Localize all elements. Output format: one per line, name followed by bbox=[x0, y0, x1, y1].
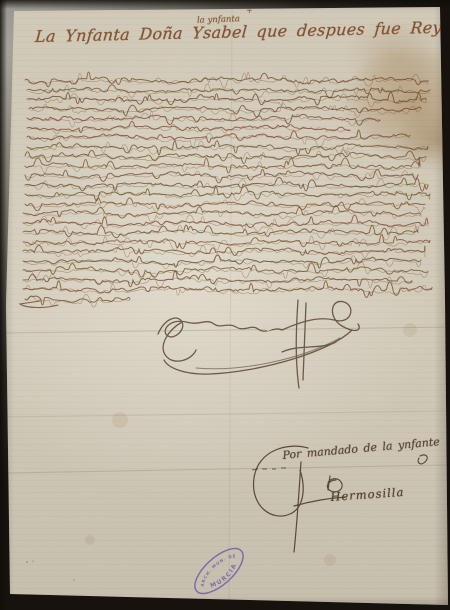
scanned-document: ARCH. MUN. DE MURCIA + la ynfanta La Ynf… bbox=[0, 0, 450, 610]
manuscript-artwork: ARCH. MUN. DE MURCIA bbox=[0, 0, 450, 610]
manuscript-page: ARCH. MUN. DE MURCIA + la ynfanta La Ynf… bbox=[0, 0, 450, 610]
paper-grain bbox=[0, 0, 450, 610]
